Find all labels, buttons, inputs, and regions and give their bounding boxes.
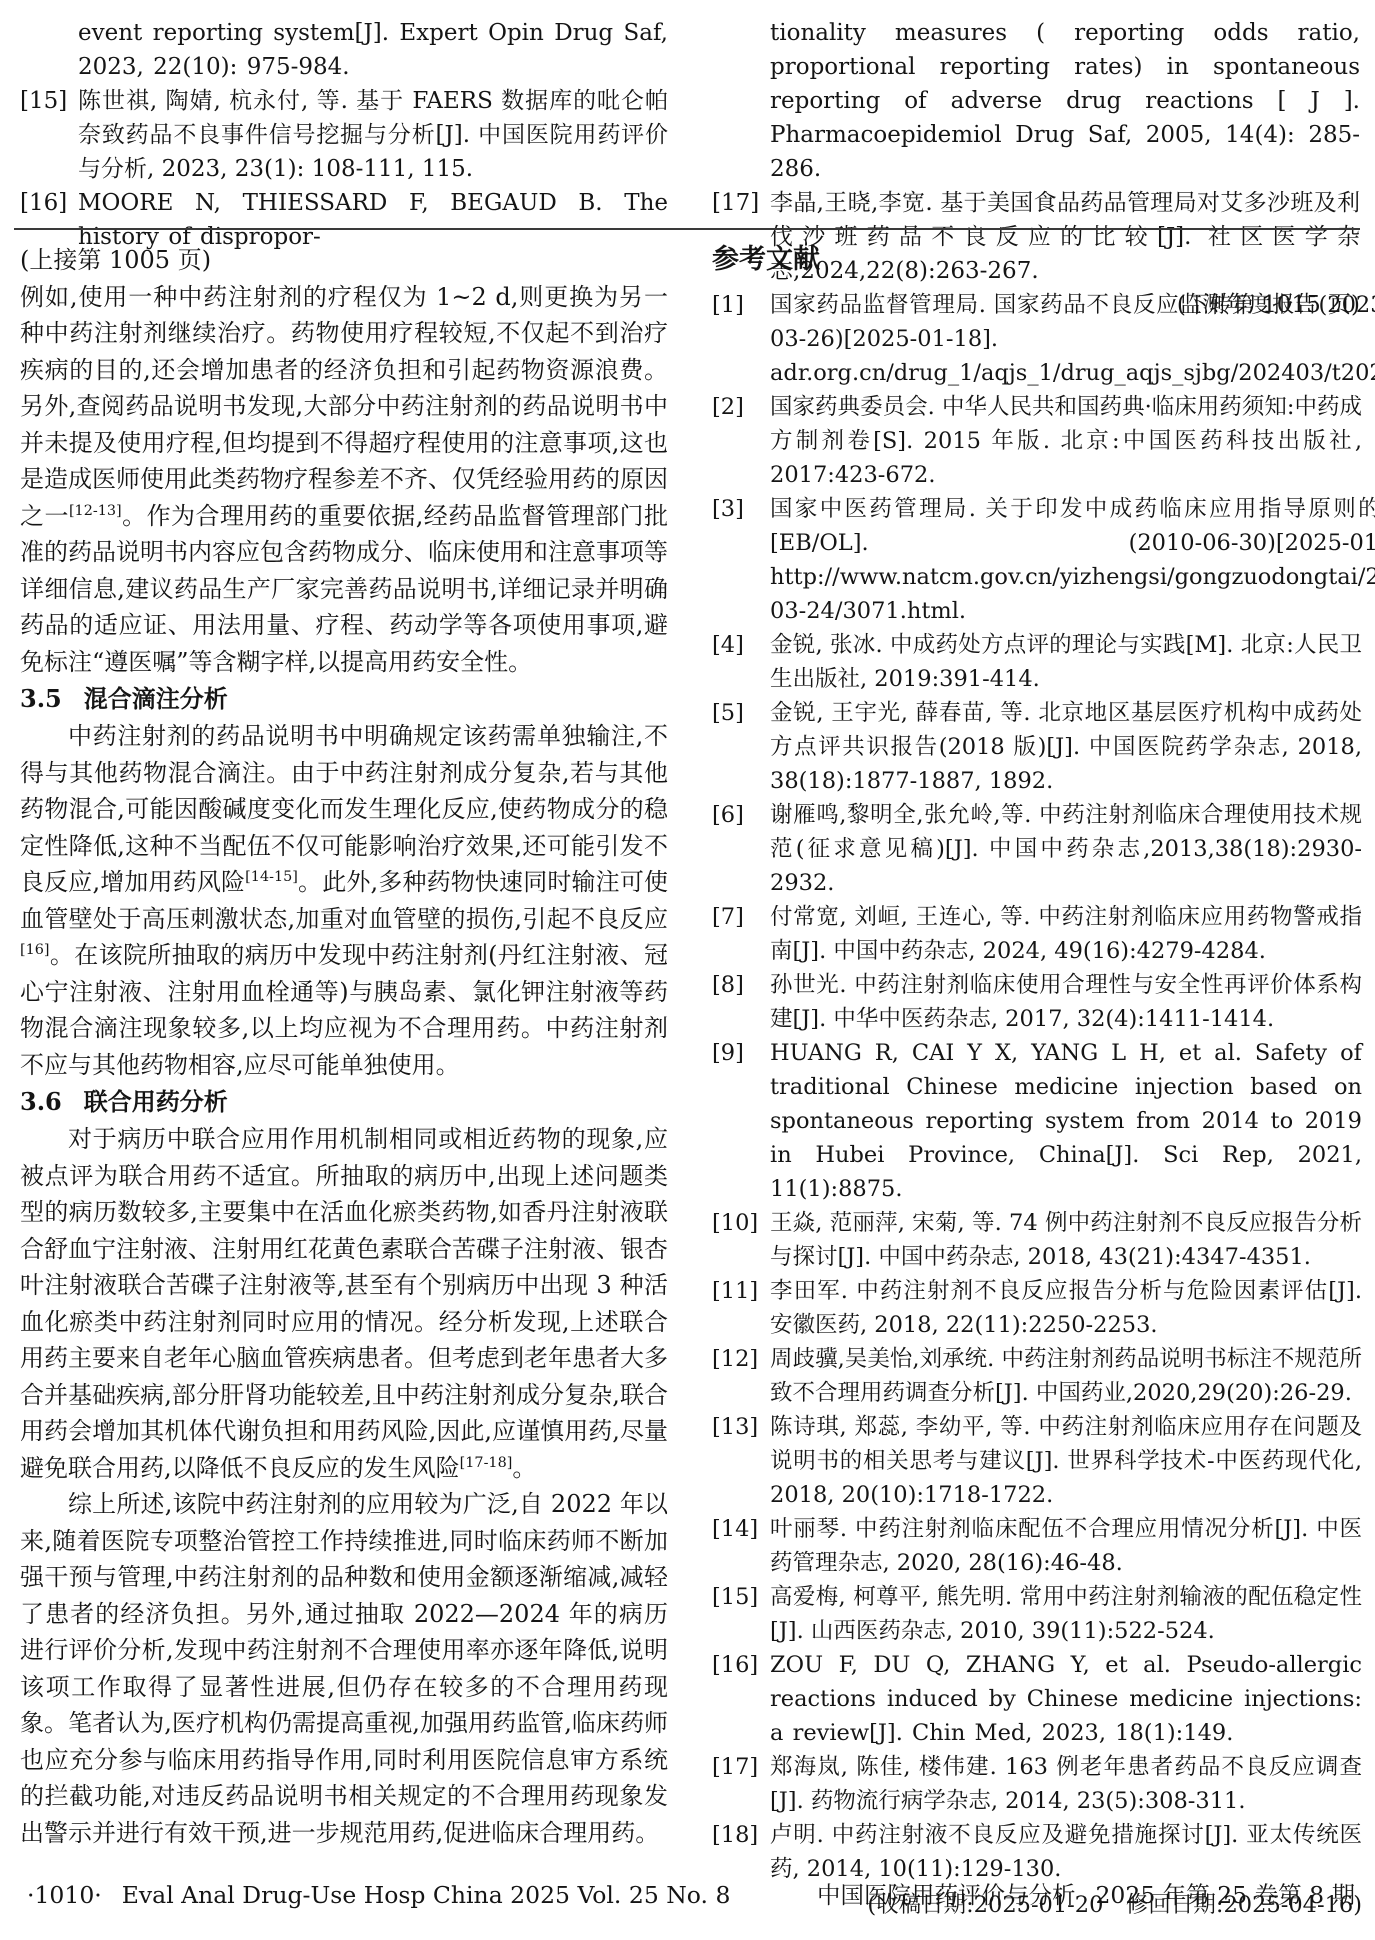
journal-page: event reporting system[J]. Expert Opin D…: [0, 0, 1375, 1940]
continued-from-note: (上接第 1005 页): [20, 242, 668, 279]
citation-superscript: [16]: [20, 942, 50, 958]
citation-superscript: [14-15]: [245, 869, 298, 885]
reference-number: [2]: [712, 390, 770, 424]
reference-number: [16]: [20, 186, 78, 220]
reference-text: 卢明. 中药注射液不良反应及避免措施探讨[J]. 亚太传统医药, 2014, 1…: [770, 1818, 1362, 1886]
section-title: 混合滴注分析: [84, 685, 228, 713]
reference-text: 陈世祺, 陶婧, 杭永付, 等. 基于 FAERS 数据库的吡仑帕奈致药品不良事…: [78, 84, 668, 186]
reference-item: [1] 国家药品监督管理局. 国家药品不良反应监测年度报告(2023 年)[EB…: [712, 288, 1362, 390]
reference-item: [15] 陈世祺, 陶婧, 杭永付, 等. 基于 FAERS 数据库的吡仑帕奈致…: [20, 84, 668, 186]
reference-number: [12]: [712, 1342, 770, 1376]
reference-number: [15]: [20, 84, 78, 118]
section-number: 3.5: [20, 684, 62, 713]
reference-text: 孙世光. 中药注射剂临床使用合理性与安全性再评价体系构建[J]. 中华中医药杂志…: [770, 968, 1362, 1036]
reference-text: 高爱梅, 柯尊平, 熊先明. 常用中药注射剂输液的配伍稳定性[J]. 山西医药杂…: [770, 1580, 1362, 1648]
journal-name-en: Eval Anal Drug-Use Hosp China 2025 Vol. …: [122, 1881, 731, 1909]
reference-item: tionality measures ( reporting odds rati…: [712, 16, 1360, 186]
reference-number: [8]: [712, 968, 770, 1002]
footer-left: ·1010·Eval Anal Drug-Use Hosp China 2025…: [27, 1880, 730, 1910]
reference-number: [10]: [712, 1206, 770, 1240]
footer-right: 中国医院用药评价与分析2025 年第 25 卷第 8 期: [817, 1880, 1355, 1910]
reference-text: 周歧骥,吴美怡,刘承统. 中药注射剂药品说明书标注不规范所致不合理用药调查分析[…: [770, 1342, 1362, 1410]
reference-item: [11] 李田军. 中药注射剂不良反应报告分析与危险因素评估[J]. 安徽医药,…: [712, 1274, 1362, 1342]
references-heading: 参考文献: [712, 240, 1362, 280]
section-heading-3-6: 3.6联合用药分析: [20, 1084, 668, 1120]
reference-number: [15]: [712, 1580, 770, 1614]
reference-item: [10] 王焱, 范丽萍, 宋菊, 等. 74 例中药注射剂不良反应报告分析与探…: [712, 1206, 1362, 1274]
reference-number: [5]: [712, 696, 770, 730]
reference-item: [16] ZOU F, DU Q, ZHANG Y, et al. Pseudo…: [712, 1648, 1362, 1750]
reference-text: 郑海岚, 陈佳, 楼伟建. 163 例老年患者药品不良反应调查[J]. 药物流行…: [770, 1750, 1362, 1818]
journal-name-cn: 中国医院用药评价与分析: [817, 1881, 1076, 1909]
section-divider: [14, 228, 1360, 230]
issue-info-cn: 2025 年第 25 卷第 8 期: [1095, 1881, 1355, 1909]
reference-number: [6]: [712, 798, 770, 832]
reference-item: [12] 周歧骥,吴美怡,刘承统. 中药注射剂药品说明书标注不规范所致不合理用药…: [712, 1342, 1362, 1410]
reference-number: [13]: [712, 1410, 770, 1444]
reference-text: 金锐, 王宇光, 薛春苗, 等. 北京地区基层医疗机构中成药处方点评共识报告(2…: [770, 696, 1362, 798]
reference-number: [17]: [712, 186, 770, 220]
reference-text: 金锐, 张冰. 中成药处方点评的理论与实践[M]. 北京:人民卫生出版社, 20…: [770, 628, 1362, 696]
reference-text: 国家中医药管理局. 关于印发中成药临床应用指导原则的通知[EB/OL]. (20…: [770, 492, 1375, 628]
reference-text: 国家药品监督管理局. 国家药品不良反应监测年度报告(2023 年)[EB/OL]…: [770, 288, 1375, 390]
citation-superscript: [17-18]: [460, 1455, 513, 1471]
section-heading-3-5: 3.5混合滴注分析: [20, 681, 668, 717]
article-body-column: (上接第 1005 页) 例如,使用一种中药注射剂的疗程仅为 1~2 d,则更换…: [20, 242, 668, 1851]
reference-text: 李田军. 中药注射剂不良反应报告分析与危险因素评估[J]. 安徽医药, 2018…: [770, 1274, 1362, 1342]
reference-number: [4]: [712, 628, 770, 662]
reference-item: [14] 叶丽琴. 中药注射剂临床配伍不合理应用情况分析[J]. 中医药管理杂志…: [712, 1512, 1362, 1580]
section-number: 3.6: [20, 1087, 62, 1116]
article-paragraph: 对于病历中联合应用作用机制相同或相近药物的现象,应被点评为联合用药不适宜。所抽取…: [20, 1121, 668, 1486]
reference-text: ZOU F, DU Q, ZHANG Y, et al. Pseudo-alle…: [770, 1648, 1362, 1750]
references-column: 参考文献 [1] 国家药品监督管理局. 国家药品不良反应监测年度报告(2023 …: [712, 240, 1362, 1922]
reference-item: [15] 高爱梅, 柯尊平, 熊先明. 常用中药注射剂输液的配伍稳定性[J]. …: [712, 1580, 1362, 1648]
reference-item: [8] 孙世光. 中药注射剂临床使用合理性与安全性再评价体系构建[J]. 中华中…: [712, 968, 1362, 1036]
reference-number: [3]: [712, 492, 770, 526]
reference-number: [9]: [712, 1036, 770, 1070]
reference-text: 陈诗琪, 郑蕊, 李幼平, 等. 中药注射剂临床应用存在问题及说明书的相关思考与…: [770, 1410, 1362, 1512]
top-references-left: event reporting system[J]. Expert Opin D…: [20, 16, 668, 254]
reference-text: 付常宽, 刘峘, 王连心, 等. 中药注射剂临床应用药物警戒指南[J]. 中国中…: [770, 900, 1362, 968]
reference-number: [16]: [712, 1648, 770, 1682]
reference-number: [7]: [712, 900, 770, 934]
reference-item: [17] 郑海岚, 陈佳, 楼伟建. 163 例老年患者药品不良反应调查[J].…: [712, 1750, 1362, 1818]
article-paragraph: 中药注射剂的药品说明书中明确规定该药需单独输注,不得与其他药物混合滴注。由于中药…: [20, 718, 668, 1083]
reference-number: [17]: [712, 1750, 770, 1784]
reference-number: [14]: [712, 1512, 770, 1546]
reference-text: 谢雁鸣,黎明全,张允岭,等. 中药注射剂临床合理使用技术规范(征求意见稿)[J]…: [770, 798, 1362, 900]
reference-number: [11]: [712, 1274, 770, 1308]
reference-item: [3] 国家中医药管理局. 关于印发中成药临床应用指导原则的通知[EB/OL].…: [712, 492, 1362, 628]
reference-text: 国家药典委员会. 中华人民共和国药典·临床用药须知:中药成方制剂卷[S]. 20…: [770, 390, 1362, 492]
reference-text: event reporting system[J]. Expert Opin D…: [78, 16, 668, 84]
article-paragraph: 例如,使用一种中药注射剂的疗程仅为 1~2 d,则更换为另一种中药注射剂继续治疗…: [20, 279, 668, 681]
citation-superscript: [12-13]: [69, 503, 122, 519]
page-number: ·1010·: [27, 1881, 102, 1909]
section-title: 联合用药分析: [84, 1088, 228, 1116]
reference-item: [18] 卢明. 中药注射液不良反应及避免措施探讨[J]. 亚太传统医药, 20…: [712, 1818, 1362, 1886]
reference-text: 王焱, 范丽萍, 宋菊, 等. 74 例中药注射剂不良反应报告分析与探讨[J].…: [770, 1206, 1362, 1274]
article-paragraph: 综上所述,该院中药注射剂的应用较为广泛,自 2022 年以来,随着医院专项整治管…: [20, 1486, 668, 1851]
reference-number: [1]: [712, 288, 770, 322]
reference-text: 叶丽琴. 中药注射剂临床配伍不合理应用情况分析[J]. 中医药管理杂志, 202…: [770, 1512, 1362, 1580]
reference-item: event reporting system[J]. Expert Opin D…: [20, 16, 668, 84]
reference-item: [4] 金锐, 张冰. 中成药处方点评的理论与实践[M]. 北京:人民卫生出版社…: [712, 628, 1362, 696]
reference-item: [6] 谢雁鸣,黎明全,张允岭,等. 中药注射剂临床合理使用技术规范(征求意见稿…: [712, 798, 1362, 900]
reference-item: [5] 金锐, 王宇光, 薛春苗, 等. 北京地区基层医疗机构中成药处方点评共识…: [712, 696, 1362, 798]
reference-item: [2] 国家药典委员会. 中华人民共和国药典·临床用药须知:中药成方制剂卷[S]…: [712, 390, 1362, 492]
reference-text: HUANG R, CAI Y X, YANG L H, et al. Safet…: [770, 1036, 1362, 1206]
reference-item: [9] HUANG R, CAI Y X, YANG L H, et al. S…: [712, 1036, 1362, 1206]
reference-item: [7] 付常宽, 刘峘, 王连心, 等. 中药注射剂临床应用药物警戒指南[J].…: [712, 900, 1362, 968]
reference-number: [18]: [712, 1818, 770, 1852]
reference-text: tionality measures ( reporting odds rati…: [770, 16, 1360, 186]
reference-item: [13] 陈诗琪, 郑蕊, 李幼平, 等. 中药注射剂临床应用存在问题及说明书的…: [712, 1410, 1362, 1512]
